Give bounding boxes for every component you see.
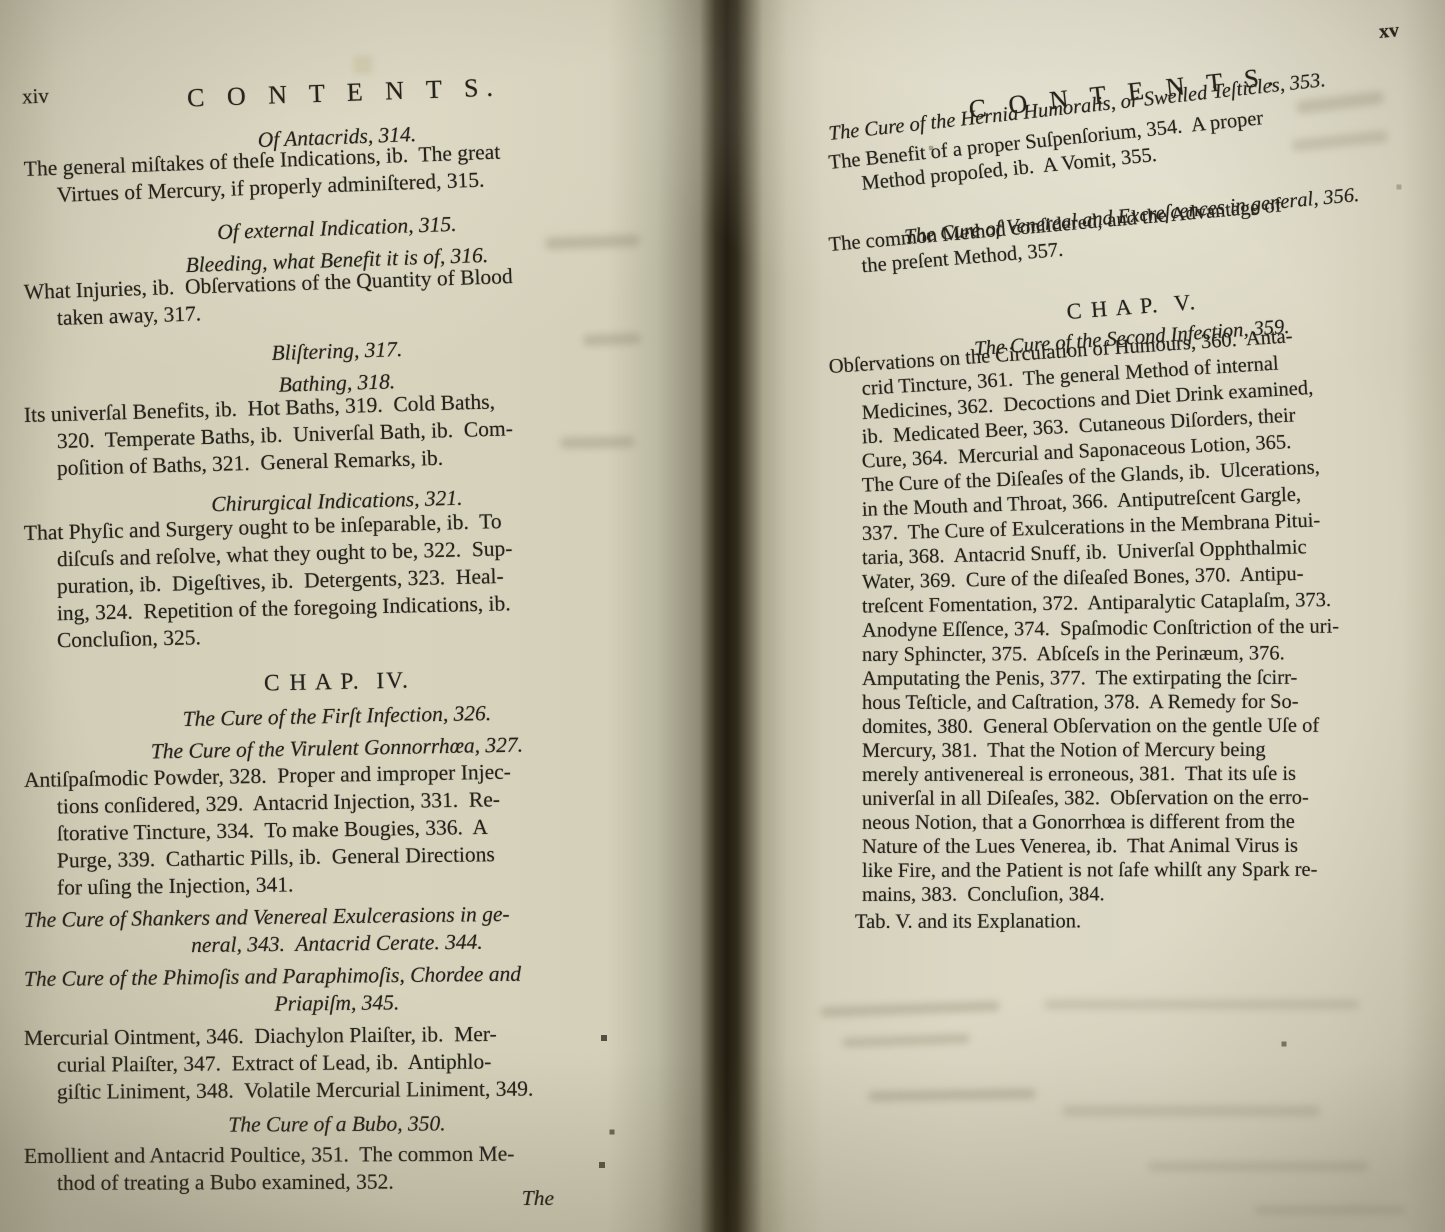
- toc-line: Amputating the Penis, 377. The extirpati…: [829, 665, 1435, 691]
- toc-line: univerſal in all Diſeaſes, 382. Obſervat…: [829, 785, 1435, 811]
- toc-line: domites, 380. General Obſervation on the…: [829, 713, 1435, 739]
- page-left: xiv C O N T E N T S. Of Antacrids, 314.T…: [0, 0, 700, 1232]
- toc-entry: Of external Indication, 315.: [24, 215, 650, 242]
- toc-line: C H A P. IV.: [24, 663, 650, 703]
- toc-entry: The Cure of the Firſt Infection, 326.: [24, 703, 650, 730]
- page-number-right: xv: [1378, 19, 1400, 44]
- toc-line: hous Teſticle, and Caſtration, 378. A Re…: [829, 689, 1435, 715]
- toc-entries-left: Of Antacrids, 314.The general miſtakes o…: [24, 124, 650, 1197]
- toc-line: The Cure of a Bubo, 350.: [24, 1109, 650, 1140]
- toc-entry: Its univerſal Benefits, ib. Hot Baths, 3…: [24, 402, 650, 483]
- toc-entry: Obſervations on the Circulation of Humou…: [829, 355, 1435, 907]
- toc-line: Emollient and Antacrid Poultice, 351. Th…: [24, 1140, 650, 1170]
- toc-entry: Bliſtering, 317.: [24, 338, 650, 365]
- toc-entry: Antiſpaſmodic Powder, 328. Proper and im…: [24, 767, 650, 902]
- page-right: xv C O N T E N T S. The Cure of the Hern…: [745, 0, 1445, 1232]
- toc-entry: The Cure of the Phimoſis and Paraphimoſi…: [24, 966, 650, 1020]
- toc-line: Priapiſm, 345.: [24, 987, 650, 1020]
- toc-entry: Emollient and Antacrid Poultice, 351. Th…: [24, 1143, 650, 1197]
- toc-entry: The general miſtakes of theſe Indication…: [24, 156, 650, 210]
- toc-line: neous Notion, that a Gonorrhœa is differ…: [829, 809, 1435, 835]
- toc-line: curial Plaiſter, 347. Extract of Lead, i…: [24, 1047, 650, 1079]
- toc-line: Anodyne Eſſence, 374. Spaſmodic Conſtric…: [829, 614, 1435, 643]
- toc-line: Mercury, 381. That the Notion of Mercury…: [829, 737, 1435, 763]
- toc-entry: The common Method conſidered, and the Ad…: [829, 233, 1435, 281]
- toc-entry: C H A P. IV.: [24, 669, 650, 696]
- toc-line: Nature of the Lues Venerea, ib. That Ani…: [829, 833, 1435, 859]
- toc-entry: That Phyſic and Surgery ought to be inſe…: [24, 520, 650, 655]
- toc-entry: Mercurial Ointment, 346. Diachylon Plaiſ…: [24, 1025, 650, 1106]
- contents-header-left: C O N T E N T S.: [38, 67, 651, 118]
- toc-line: thod of treating a Bubo examined, 352.: [24, 1168, 650, 1197]
- toc-entry: Tab. V. and its Explanation.: [829, 910, 1435, 934]
- toc-line: merely antivenereal is erroneous, 381. T…: [829, 761, 1435, 787]
- toc-line: Tab. V. and its Explanation.: [829, 908, 1435, 934]
- toc-line: nary Sphincter, 375. Abſceſs in the Peri…: [829, 641, 1435, 667]
- toc-entry: The Cure of a Bubo, 350.: [24, 1111, 650, 1138]
- toc-entry: The Cure of Shankers and Venereal Exulce…: [24, 907, 650, 961]
- toc-line: giſtic Liniment, 348. Volatile Mercurial…: [24, 1075, 650, 1106]
- toc-line: like Fire, and the Patient is not ſafe w…: [829, 857, 1435, 883]
- toc-entry: What Injuries, ib. Obſervations of the Q…: [24, 279, 650, 333]
- toc-entries-right: The Cure of the Hernia Humoralis, or Swe…: [829, 122, 1435, 934]
- open-book-photo: xiv C O N T E N T S. Of Antacrids, 314.T…: [0, 0, 1445, 1232]
- toc-line: mains, 383. Concluſion, 384.: [829, 881, 1435, 907]
